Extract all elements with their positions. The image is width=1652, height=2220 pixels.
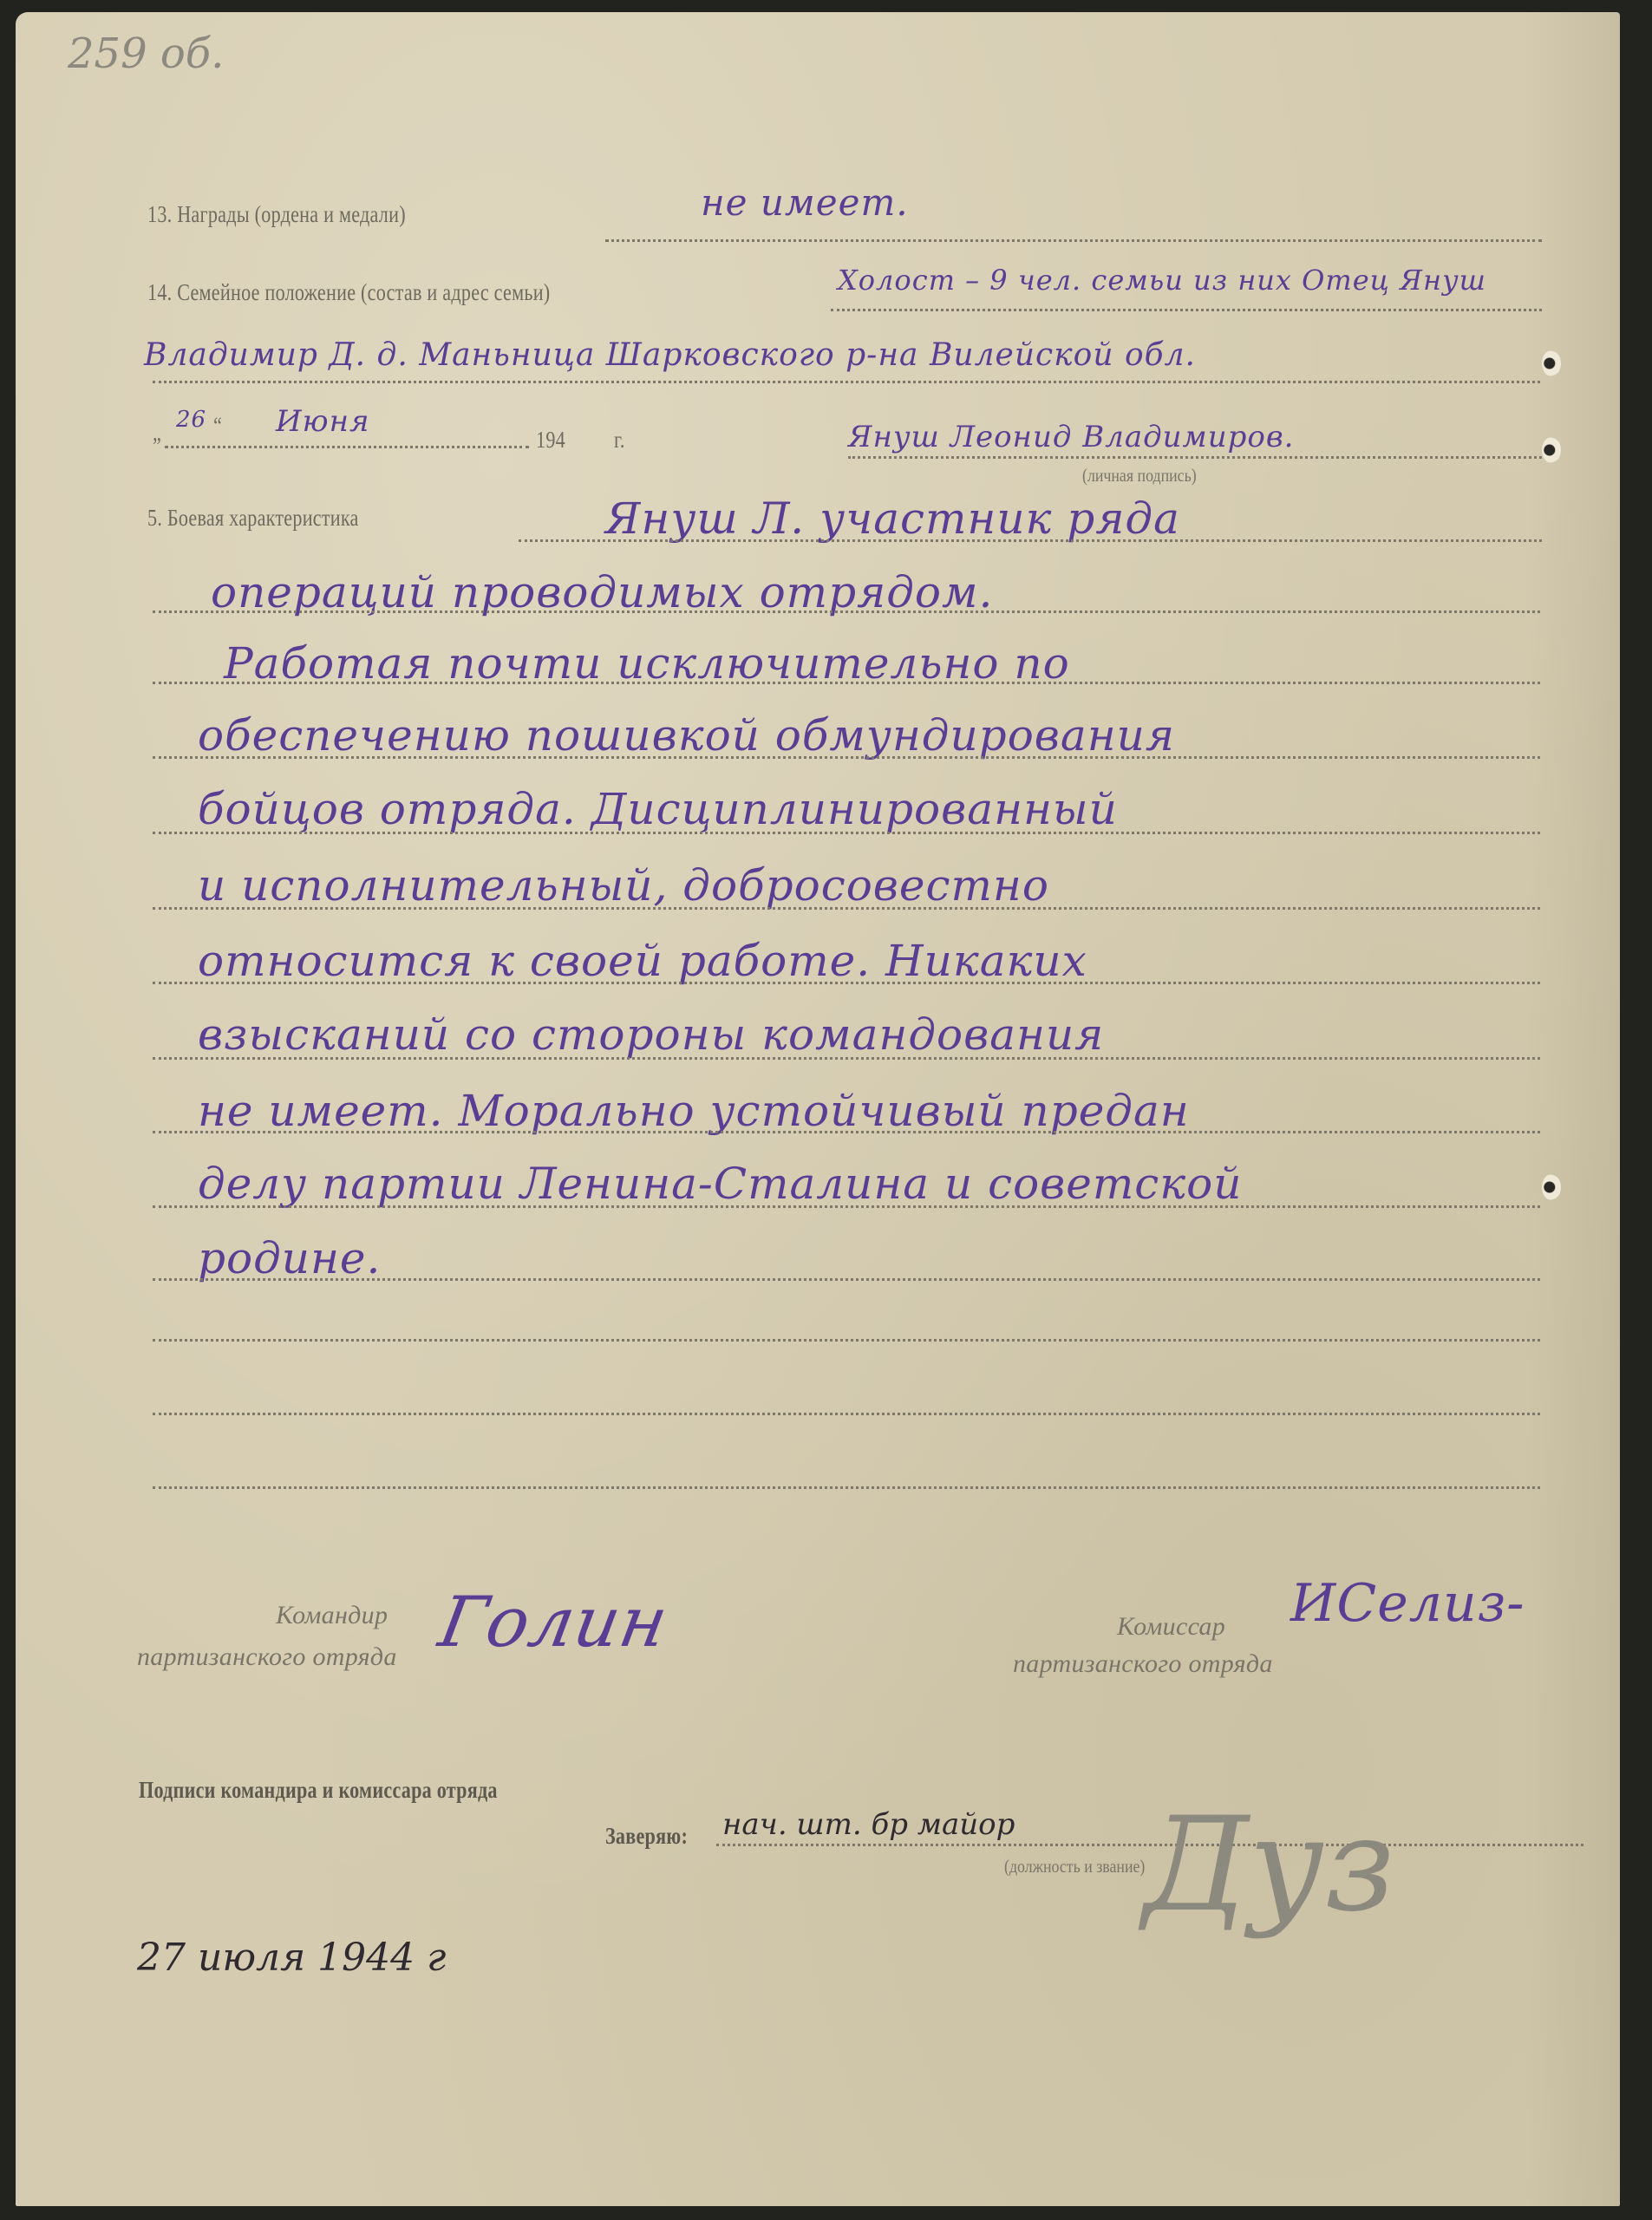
commissar-label-line2: партизанского отряда bbox=[1013, 1649, 1273, 1679]
family-value-line2: Владимир Д. д. Маньница Шарковского р-на… bbox=[144, 337, 1196, 373]
binder-hole bbox=[1542, 1174, 1561, 1200]
ruled-line bbox=[153, 832, 1540, 834]
date-quote-close: “ bbox=[213, 413, 222, 440]
certify-value: нач. шт. бр майор bbox=[722, 1807, 1015, 1842]
ruled-line bbox=[153, 1413, 1540, 1415]
combat-line-9: не имеет. Морально устойчивый предан bbox=[198, 1086, 1190, 1136]
awards-label: 13. Награды (ордена и медали) bbox=[147, 201, 406, 228]
awards-line bbox=[605, 239, 1542, 242]
signature-caption: (личная подпись) bbox=[1082, 465, 1197, 486]
combat-line-1: Януш Л. участник ряда bbox=[605, 493, 1180, 544]
date-day: 26 bbox=[176, 407, 206, 433]
ruled-line bbox=[153, 982, 1540, 984]
ruled-line bbox=[153, 682, 1540, 684]
certify-label: Заверяю: bbox=[605, 1823, 688, 1850]
combat-line-10: делу партии Ленина-Сталина и советской bbox=[198, 1159, 1242, 1209]
ruled-line bbox=[519, 539, 1542, 542]
signature-line bbox=[848, 456, 1542, 459]
pencil-signature-mark: Дуз bbox=[1143, 1790, 1395, 1941]
bottom-date: 27 июля 1944 г bbox=[137, 1936, 446, 1980]
combat-line-7: относится к своей работе. Никаких bbox=[198, 936, 1087, 986]
commissar-label-line1: Комиссар bbox=[1117, 1612, 1225, 1642]
date-line bbox=[165, 446, 529, 448]
combat-line-11: родине. bbox=[198, 1233, 381, 1283]
ruled-line bbox=[153, 907, 1540, 910]
ruled-line bbox=[153, 610, 1540, 613]
combat-label: 5. Боевая характеристика bbox=[147, 505, 359, 532]
certify-caption: (должность и звание) bbox=[1004, 1856, 1145, 1877]
combat-line-6: и исполнительный, добросовестно bbox=[198, 860, 1049, 911]
personal-signature: Януш Леонид Владимиров. bbox=[848, 420, 1294, 454]
family-line2 bbox=[153, 381, 1540, 383]
commander-signature: Голин bbox=[434, 1582, 675, 1662]
ruled-line bbox=[153, 1278, 1540, 1281]
certification-heading: Подписи командира и комиссара отряда bbox=[139, 1777, 498, 1804]
binder-hole bbox=[1542, 437, 1561, 463]
ruled-line bbox=[153, 1131, 1540, 1133]
ruled-line bbox=[153, 1057, 1540, 1060]
awards-value: не имеет. bbox=[701, 181, 909, 224]
document-page: 259 об. 13. Награды (ордена и медали) не… bbox=[16, 12, 1620, 2206]
family-value-line1: Холост – 9 чел. семьи из них Отец Януш bbox=[838, 264, 1486, 297]
ruled-line bbox=[153, 1205, 1540, 1208]
commissar-signature: ИСелиз- bbox=[1290, 1573, 1525, 1634]
combat-line-5: бойцов отряда. Дисциплинированный bbox=[198, 784, 1118, 834]
commander-label-line1: Командир bbox=[276, 1601, 388, 1630]
date-year-prefix: 194 bbox=[536, 427, 565, 454]
date-year-suffix: г. bbox=[614, 427, 625, 454]
combat-line-8: взысканий со стороны командования bbox=[198, 1009, 1104, 1060]
ruled-line bbox=[153, 1486, 1540, 1489]
binder-hole bbox=[1542, 350, 1561, 376]
ruled-line bbox=[153, 756, 1540, 759]
archive-page-number: 259 об. bbox=[68, 29, 224, 78]
ruled-line bbox=[153, 1339, 1540, 1342]
commander-label-line2: партизанского отряда bbox=[137, 1642, 397, 1672]
date-month: Июня bbox=[276, 404, 370, 439]
date-quote-open: „ bbox=[153, 420, 161, 447]
family-line1 bbox=[831, 309, 1542, 311]
family-label: 14. Семейное положение (состав и адрес с… bbox=[147, 279, 550, 306]
combat-line-4: обеспечению пошивкой обмундирования bbox=[198, 710, 1175, 761]
